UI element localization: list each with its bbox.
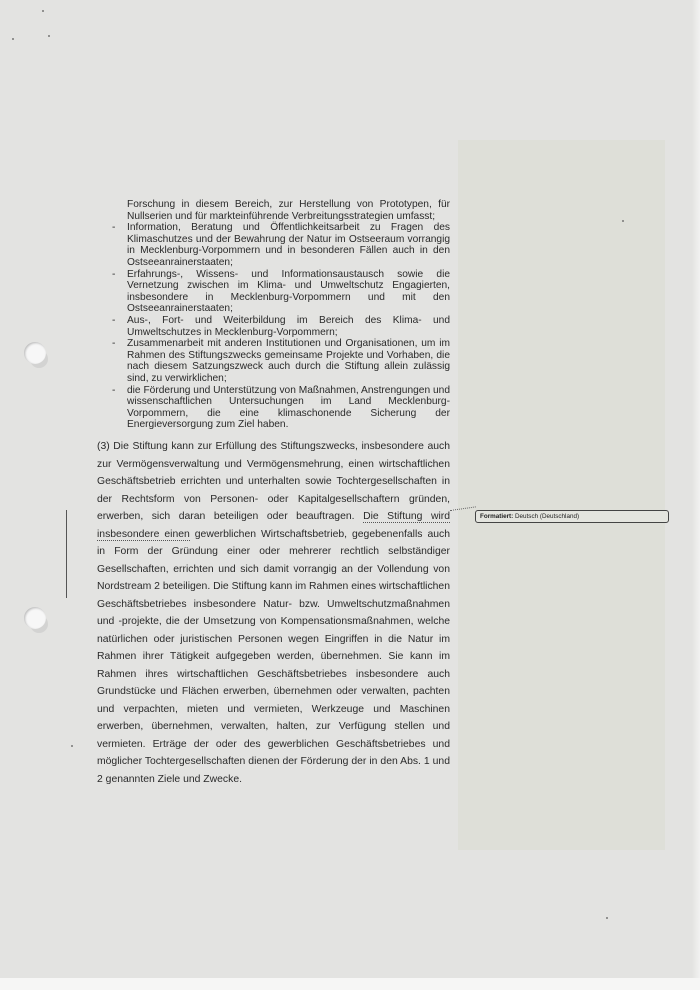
scan-speck	[48, 35, 50, 37]
format-comment-balloon: Formatiert: Deutsch (Deutschland)	[475, 510, 669, 523]
bullet-dash: -	[112, 315, 115, 327]
purpose-list: Forschung in diesem Bereich, zur Herstel…	[112, 199, 450, 431]
list-continuation: Forschung in diesem Bereich, zur Herstel…	[112, 199, 450, 222]
bullet-dash: -	[112, 222, 115, 234]
list-item: -Aus-, Fort- und Weiterbildung im Bereic…	[112, 315, 450, 338]
list-item-text: Aus-, Fort- und Weiterbildung im Bereich…	[127, 315, 450, 338]
list-item-text: die Förderung und Unterstützung von Maßn…	[127, 385, 450, 431]
markup-pane	[458, 140, 665, 850]
punch-hole-icon	[24, 607, 46, 629]
list-item: -Erfahrungs-, Wissens- und Informationsa…	[112, 269, 450, 315]
comment-value: Deutsch (Deutschland)	[515, 513, 579, 520]
list-item: -Information, Beratung und Öffentlichkei…	[112, 222, 450, 268]
paragraph-text: gewerblichen Wirtschaftsbetrieb, gegeben…	[97, 529, 450, 785]
page-bottom-edge	[0, 978, 700, 990]
change-bar	[66, 510, 67, 598]
bullet-dash: -	[112, 269, 115, 281]
scan-speck	[42, 10, 44, 12]
bullet-dash: -	[112, 385, 115, 397]
list-item: -die Förderung und Unterstützung von Maß…	[112, 385, 450, 431]
paragraph-text: (3) Die Stiftung kann zur Erfüllung des …	[97, 441, 450, 522]
scan-speck	[71, 745, 73, 747]
page-edge-shadow	[692, 0, 700, 978]
bullet-dash: -	[112, 338, 115, 350]
scan-speck	[622, 220, 624, 222]
scan-speck	[12, 38, 14, 40]
paragraph-3: (3) Die Stiftung kann zur Erfüllung des …	[97, 438, 450, 788]
list-item-text: Information, Beratung und Öffentlichkeit…	[127, 222, 450, 268]
scan-speck	[606, 917, 608, 919]
punch-hole-icon	[24, 342, 46, 364]
list-item-text: Erfahrungs-, Wissens- und Informationsau…	[127, 269, 450, 315]
comment-label: Formatiert:	[480, 513, 513, 520]
list-item-text: Zusammenarbeit mit anderen Institutionen…	[127, 338, 450, 384]
list-item: -Zusammenarbeit mit anderen Institutione…	[112, 338, 450, 384]
